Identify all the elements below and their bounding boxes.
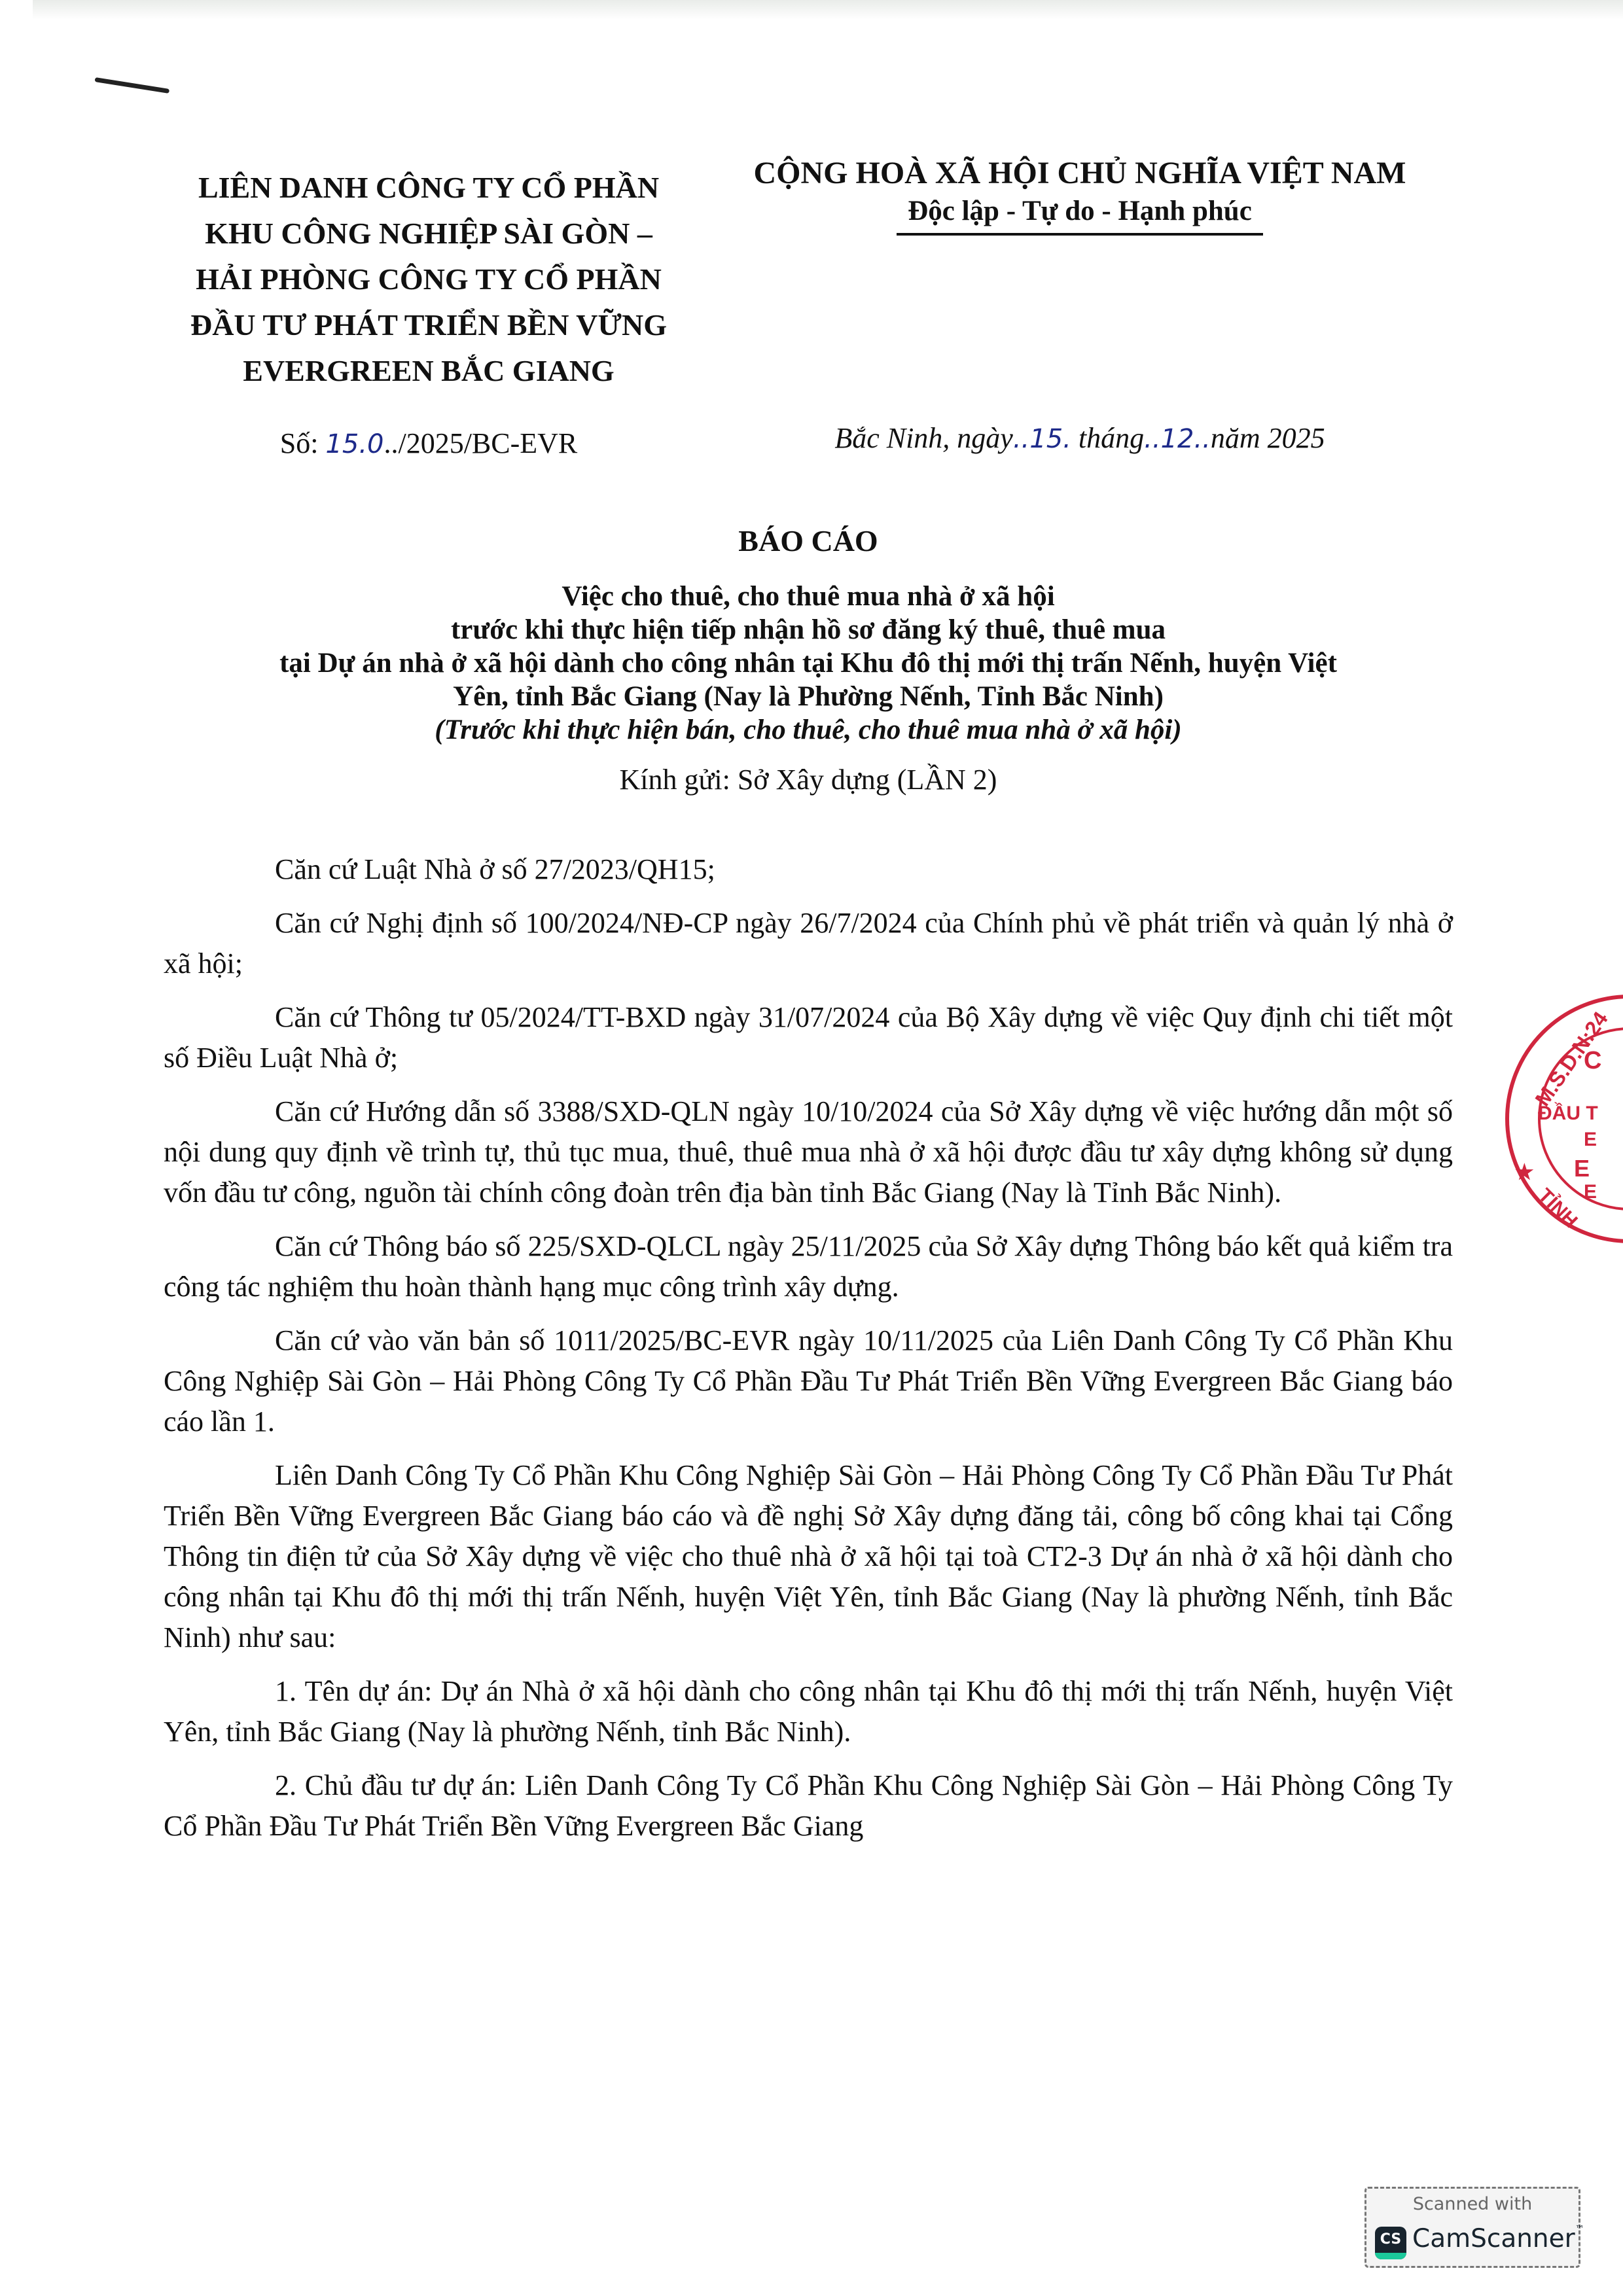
date-line: Bắc Ninh, ngày..15. tháng..12..năm 2025 <box>713 421 1446 455</box>
stamp-text-e3: E <box>1584 1181 1597 1203</box>
logo-accent-bar <box>1375 2253 1406 2259</box>
stamp-text-c: C <box>1584 1047 1601 1075</box>
issuer-line: HẢI PHÒNG CÔNG TY CỔ PHẦN <box>131 256 726 302</box>
date-year: năm 2025 <box>1211 422 1325 454</box>
subtitle-line: tại Dự án nhà ở xã hội dành cho công nhâ… <box>164 646 1453 680</box>
logo-text: CS <box>1380 2231 1401 2248</box>
doc-number-handwritten: 15.0 <box>325 429 383 459</box>
recipient: Kính gửi: Sở Xây dựng (LẦN 2) <box>164 763 1453 796</box>
document-title: BÁO CÁO <box>164 523 1453 558</box>
subtitle-line: trước khi thực hiện tiếp nhận hồ sơ đăng… <box>164 613 1453 646</box>
brand-name: CamScanner <box>1412 2224 1575 2253</box>
body-paragraph: 2. Chủ đầu tư dự án: Liên Danh Công Ty C… <box>164 1765 1453 1846</box>
body-paragraph: Căn cứ Thông tư 05/2024/TT-BXD ngày 31/0… <box>164 997 1453 1078</box>
doc-number-suffix: ../2025/BC-EVR <box>383 427 577 459</box>
national-motto: Độc lập - Tự do - Hạnh phúc <box>713 194 1446 229</box>
body-paragraph: Căn cứ Thông báo số 225/SXD-QLCL ngày 25… <box>164 1226 1453 1307</box>
trademark: ™ <box>1575 2224 1584 2234</box>
issuer-line: EVERGREEN BẮC GIANG <box>131 348 726 394</box>
camscanner-logo-icon: CS <box>1375 2227 1406 2259</box>
subtitle-note: (Trước khi thực hiện bán, cho thuê, cho … <box>164 713 1453 747</box>
document-subtitle: Việc cho thuê, cho thuê mua nhà ở xã hội… <box>164 580 1453 747</box>
date-day: ..15. <box>1013 424 1071 454</box>
issuer-block: LIÊN DANH CÔNG TY CỔ PHẦN KHU CÔNG NGHIỆ… <box>131 165 726 394</box>
motto-underline <box>897 233 1263 236</box>
watermark-caption: Scanned with <box>1366 2194 1578 2214</box>
document-number: Số: 15.0../2025/BC-EVR <box>131 427 726 460</box>
body-paragraph: Liên Danh Công Ty Cổ Phần Khu Công Nghiệ… <box>164 1455 1453 1658</box>
pen-mark <box>94 77 169 94</box>
national-title: CỘNG HOÀ XÃ HỘI CHỦ NGHĨA VIỆT NAM <box>713 153 1446 194</box>
subtitle-line: Yên, tỉnh Bắc Giang (Nay là Phường Nếnh,… <box>164 680 1453 713</box>
subtitle-line: Việc cho thuê, cho thuê mua nhà ở xã hội <box>164 580 1453 613</box>
watermark-brand: CamScanner™ <box>1412 2224 1584 2253</box>
date-month-label: tháng <box>1071 422 1144 454</box>
body-paragraph: 1. Tên dự án: Dự án Nhà ở xã hội dành ch… <box>164 1671 1453 1752</box>
body-paragraph: Căn cứ vào văn bản số 1011/2025/BC-EVR n… <box>164 1320 1453 1442</box>
document-body: Căn cứ Luật Nhà ở số 27/2023/QH15; Căn c… <box>164 849 1453 1860</box>
issuer-line: ĐẦU TƯ PHÁT TRIỂN BỀN VỮNG <box>131 302 726 348</box>
scan-edge <box>33 0 1623 20</box>
body-paragraph: Căn cứ Nghị định số 100/2024/NĐ-CP ngày … <box>164 903 1453 984</box>
stamp-text-e2: E <box>1574 1155 1590 1182</box>
issuer-line: LIÊN DANH CÔNG TY CỔ PHẦN <box>131 165 726 211</box>
doc-number-prefix: Số: <box>280 427 326 459</box>
date-prefix: Bắc Ninh, ngày <box>834 422 1013 454</box>
star-icon: ★ <box>1515 1159 1534 1184</box>
body-paragraph: Căn cứ Luật Nhà ở số 27/2023/QH15; <box>164 849 1453 890</box>
stamp-text-dautu: ĐẦU T <box>1538 1103 1598 1125</box>
camscanner-watermark: Scanned with CS CamScanner™ <box>1364 2187 1580 2268</box>
issuer-line: KHU CÔNG NGHIỆP SÀI GÒN – <box>131 211 726 256</box>
date-month: ..12.. <box>1144 424 1211 454</box>
body-paragraph: Căn cứ Hướng dẫn số 3388/SXD-QLN ngày 10… <box>164 1091 1453 1213</box>
national-header: CỘNG HOÀ XÃ HỘI CHỦ NGHĨA VIỆT NAM Độc l… <box>713 153 1446 236</box>
stamp-text-e1: E <box>1584 1129 1597 1151</box>
